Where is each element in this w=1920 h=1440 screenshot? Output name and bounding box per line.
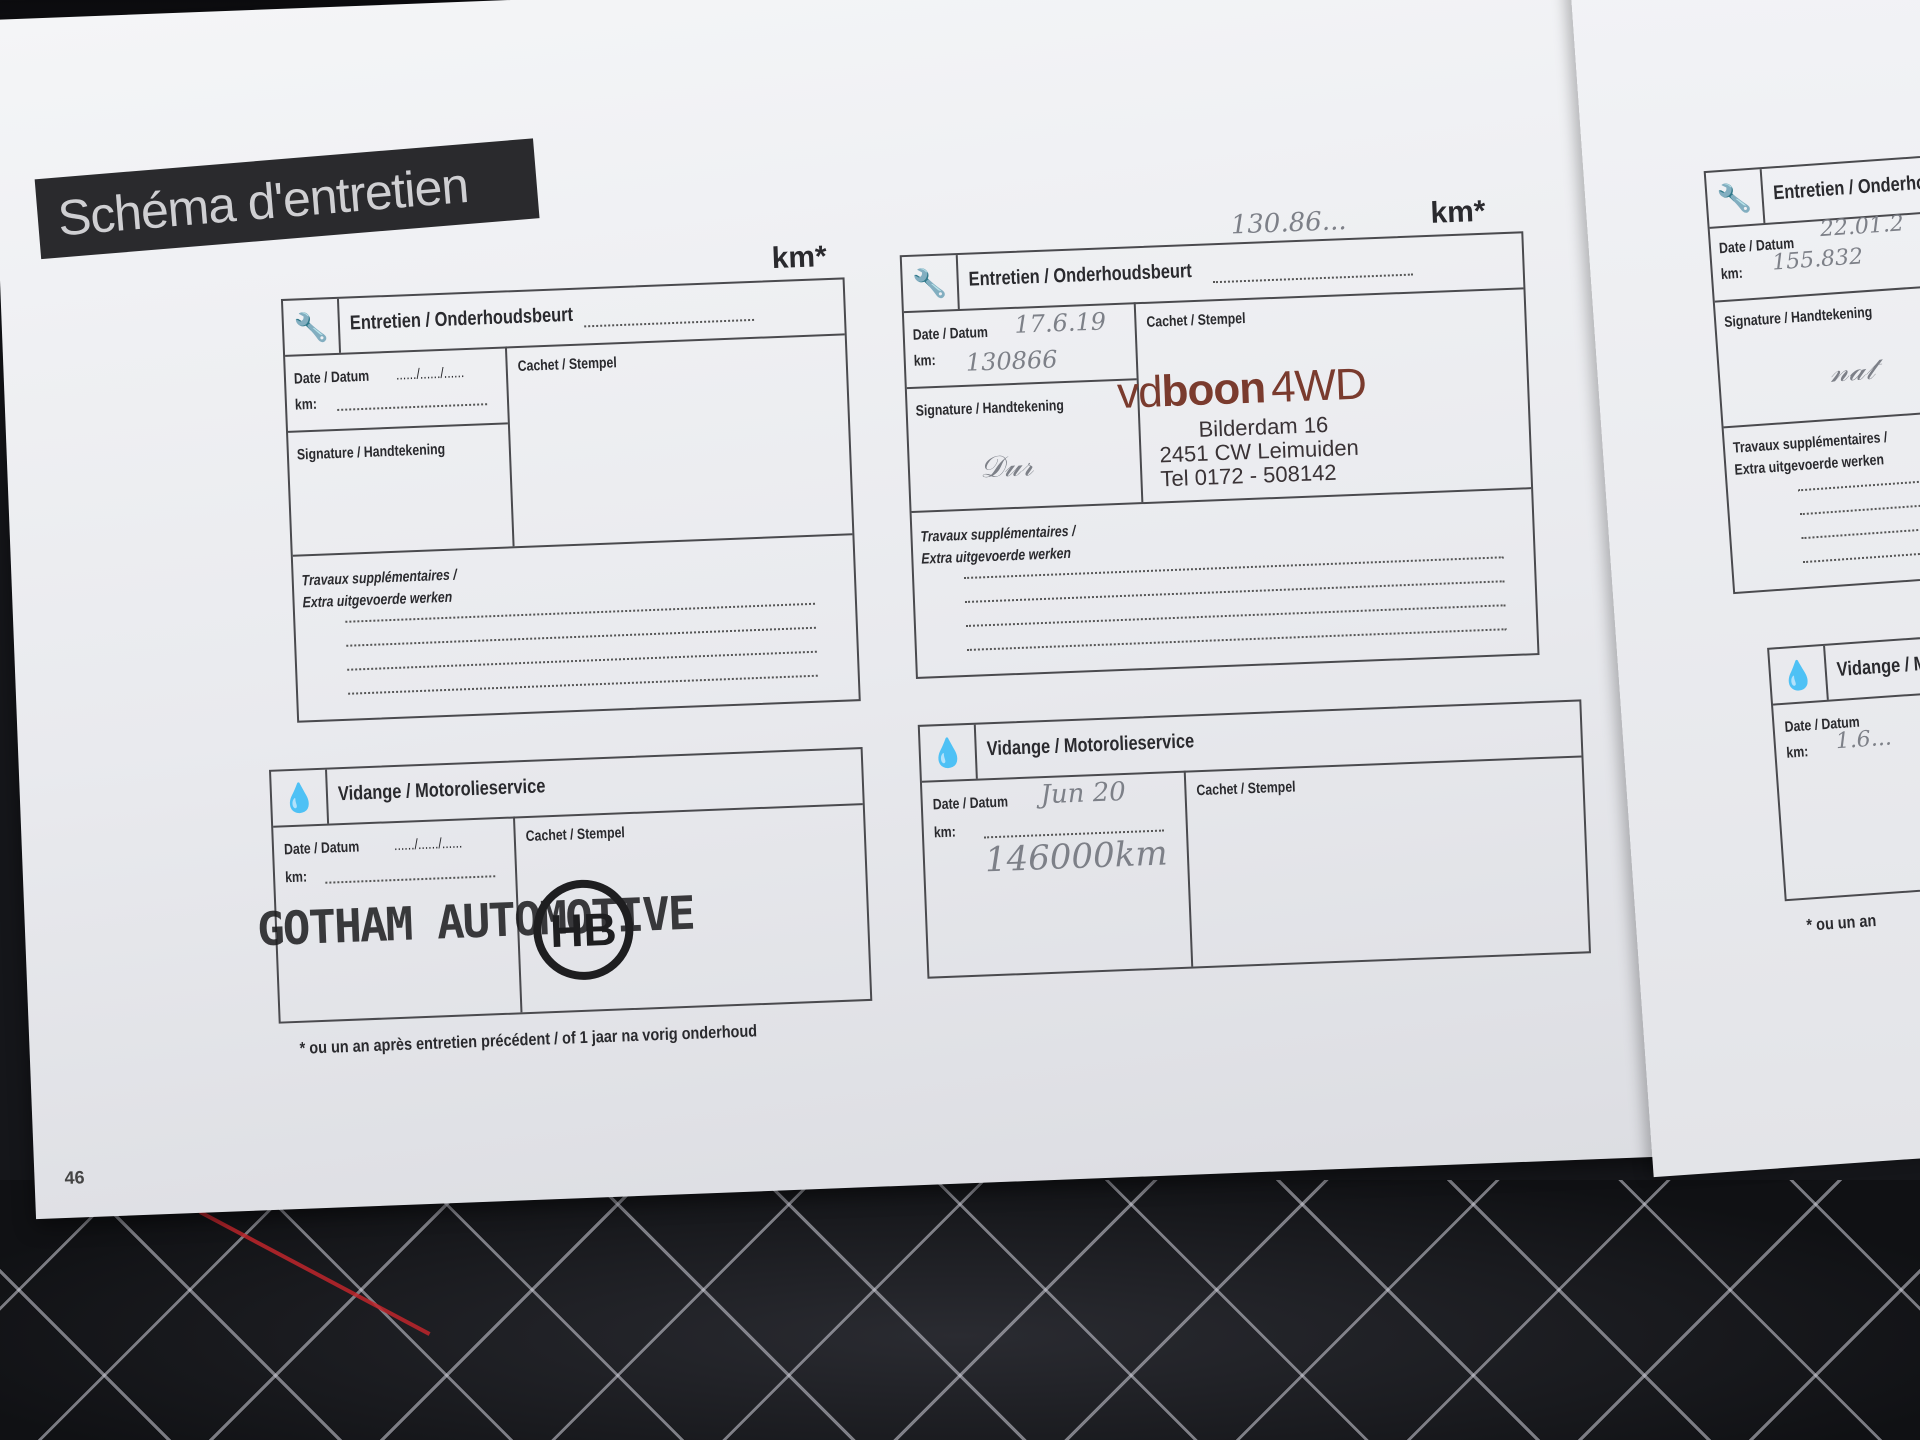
signature-label: Signature / Handtekening <box>297 441 446 464</box>
divider <box>907 378 1137 389</box>
signature-scribble: 𝒟𝓊𝓇 <box>979 448 1034 485</box>
km-field[interactable] <box>325 875 495 884</box>
oil-card-3: 💧 Vidange / Motorolieservice Date / Datu… <box>1767 620 1920 902</box>
km-star-label: km* <box>771 240 827 276</box>
service-title: Entretien / Onderhoudsbeurt <box>349 304 573 336</box>
km-star-label: km* <box>1430 195 1486 231</box>
km-label: km: <box>285 868 308 886</box>
km-handwritten[interactable]: 130866 <box>965 345 1058 376</box>
date-label: Date / Datum <box>912 324 988 344</box>
km-handwritten[interactable]: 146000km <box>984 833 1168 880</box>
km-field[interactable] <box>337 403 487 411</box>
km-total-line[interactable] <box>584 319 754 328</box>
date-handwritten[interactable]: 22.01.2 <box>1819 211 1905 242</box>
extra-work-line[interactable] <box>347 651 817 671</box>
oil-card-1: 💧 Vidange / Motorolieservice Date / Datu… <box>269 747 872 1024</box>
oil-card-2: 💧 Vidange / Motorolieservice Date / Datu… <box>918 699 1591 978</box>
date-label: Date / Datum <box>284 838 360 858</box>
date-blank[interactable]: ....../....../...... <box>396 364 465 384</box>
card-header: 🔧 Entretien / Onderhoudsbeurt <box>283 279 845 356</box>
date-handwritten[interactable]: 17.6.19 <box>1014 307 1107 338</box>
extra-work-line[interactable] <box>348 675 818 695</box>
extra-work-line[interactable] <box>966 604 1506 627</box>
extra-work-label-fr: Travaux supplémentaires / <box>920 523 1076 546</box>
oil-title: Vidange / Motorolieservice <box>1836 645 1920 682</box>
oil-drop-icon: 💧 <box>1769 646 1829 704</box>
km-label: km: <box>913 352 936 370</box>
oil-title: Vidange / Motorolieservice <box>986 730 1194 761</box>
oil-title: Vidange / Motorolieservice <box>338 775 546 806</box>
card-header: 💧 Vidange / Motorolieservice <box>271 749 863 828</box>
wrench-icon: 🔧 <box>902 255 960 311</box>
km-handwritten[interactable]: 155.832 <box>1771 244 1864 275</box>
divider <box>505 346 515 546</box>
km-label: km: <box>295 396 318 414</box>
footnote-partial: * ou un an <box>1806 911 1877 936</box>
signature-scribble: 𝓃𝒶𝓉 <box>1829 352 1876 390</box>
km-total-handwritten: 130.86... <box>1230 206 1347 240</box>
dealer-stamp-address: Bilderdam 16 2451 CW Leimuiden Tel 0172 … <box>1158 412 1360 492</box>
service-card-2: 🔧 Entretien / Onderhoudsbeurt 130.86... … <box>900 231 1540 679</box>
card-header: 🔧 Entretien / Onderhoudsbeurt <box>902 233 1524 313</box>
km-label: km: <box>1786 743 1809 761</box>
card-header: 💧 Vidange / Motorolieservice <box>920 701 1582 782</box>
extra-work-label-nl: Extra uitgevoerde werken <box>1734 451 1885 478</box>
dealer-stamp-brand: vdboon4WD <box>1116 359 1367 419</box>
service-title: Entretien / Onderhoudsbeurt <box>968 260 1192 292</box>
oil-drop-icon: 💧 <box>271 770 329 826</box>
signature-label: Signature / Handtekening <box>915 397 1064 420</box>
extra-work-line[interactable] <box>1801 516 1920 539</box>
stamp-label: Cachet / Stempel <box>1196 778 1296 799</box>
date-blank[interactable]: ....../....../...... <box>394 834 463 854</box>
page-number: 46 <box>64 1167 85 1189</box>
extra-work-label-nl: Extra uitgevoerde werken <box>921 545 1071 568</box>
extra-work-line[interactable] <box>346 627 816 647</box>
card-header: 💧 Vidange / Motorolieservice <box>1769 622 1920 706</box>
extra-work-line[interactable] <box>1800 492 1920 515</box>
stamp-label: Cachet / Stempel <box>517 354 617 375</box>
divider <box>912 487 1532 513</box>
booklet-page-left: Schéma d'entretien 🔧 Entretien / Onderho… <box>0 0 1775 1219</box>
signature-label: Signature / Handtekening <box>1724 304 1873 331</box>
km-total-line[interactable] <box>1213 274 1413 284</box>
extra-work-line[interactable] <box>967 628 1507 651</box>
oil-drop-icon: 💧 <box>920 725 978 781</box>
wrench-icon: 🔧 <box>283 299 341 355</box>
stamp-label: Cachet / Stempel <box>1146 310 1246 331</box>
divider <box>1184 771 1194 967</box>
section-banner: Schéma d'entretien <box>35 138 540 259</box>
date-handwritten[interactable]: Jun 20 <box>1040 777 1126 810</box>
service-card-3: 🔧 Entretien / Onderhoudsbeurt Date / Dat… <box>1704 143 1920 594</box>
extra-work-label-nl: Extra uitgevoerde werken <box>302 589 452 612</box>
divider <box>1715 273 1920 303</box>
footnote: * ou un an après entretien précédent / o… <box>299 1021 757 1059</box>
divider <box>293 533 853 556</box>
stamp-label: Cachet / Stempel <box>525 824 625 845</box>
divider <box>1724 398 1920 428</box>
service-title: Entretien / Onderhoudsbeurt <box>1773 167 1920 206</box>
km-label: km: <box>934 824 957 842</box>
extra-work-label-fr: Travaux supplémentaires / <box>301 567 457 590</box>
divider <box>288 422 508 432</box>
quilted-seat-background <box>0 1180 1920 1440</box>
km-label: km: <box>1720 265 1743 283</box>
section-title: Schéma d'entretien <box>56 156 471 248</box>
wrench-icon: 🔧 <box>1706 169 1766 227</box>
extra-work-line[interactable] <box>1803 540 1920 563</box>
km-handwritten[interactable]: 1.6... <box>1835 725 1893 754</box>
service-card-1: 🔧 Entretien / Onderhoudsbeurt km* Date /… <box>281 277 861 722</box>
extra-work-line[interactable] <box>965 580 1505 603</box>
date-label: Date / Datum <box>932 794 1008 814</box>
date-label: Date / Datum <box>294 368 370 388</box>
